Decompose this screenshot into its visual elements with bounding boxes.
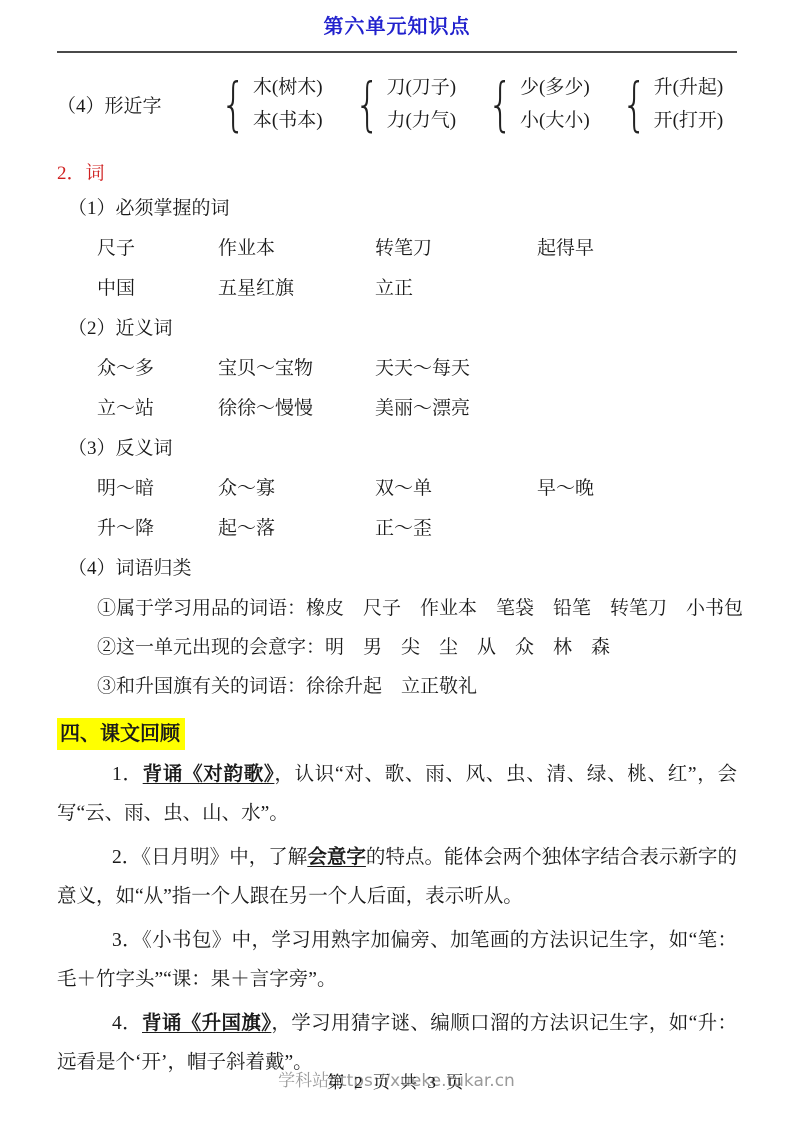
review-paragraph-1: 1．背诵《对韵歌》，认识“对、歌、雨、风、虫、清、绿、桃、红”，会写“云、雨、虫… <box>57 755 737 833</box>
left-brace-glyph: { <box>354 75 380 133</box>
paragraph-bold-underline: 背诵《对韵歌》 <box>143 764 275 785</box>
paragraph-text: 1． <box>112 764 143 785</box>
word-pair: 天天～每天 <box>375 349 537 389</box>
paragraph-bold-underline: 背诵《升国旗》 <box>142 1013 271 1034</box>
paragraph-text: 3．《小书包》中，学习用熟字加偏旁、加笔画的方法识记生字，如“笔：毛＋竹字头”“… <box>57 930 737 990</box>
xingjinzi-group-1: { 木(树木) 本(书本) <box>215 71 323 137</box>
word-item: 中国 <box>97 269 218 309</box>
synonyms-row-2: 立～站 徐徐～慢慢 美丽～漂亮 <box>57 389 737 429</box>
synonyms-row-1: 众～多 宝贝～宝物 天天～每天 <box>57 349 737 389</box>
paragraph-text: 2．《日月明》中，了解 <box>112 847 307 868</box>
word-item: 作业本 <box>218 229 375 269</box>
section-xingjinzi: （4）形近字 { 木(树木) 本(书本) { 刀(刀子) 力(力气) <box>57 63 737 145</box>
word-pair: 升～降 <box>97 509 218 549</box>
antonyms-label: （3）反义词 <box>68 429 737 469</box>
review-paragraph-2: 2．《日月明》中，了解会意字的特点。能体会两个独体字结合表示新字的意义，如“从”… <box>57 838 737 916</box>
word-item: 起得早 <box>537 229 737 269</box>
word-pair <box>537 509 737 549</box>
must-know-label: （1）必须掌握的词 <box>68 189 737 229</box>
left-brace-glyph: { <box>488 75 514 133</box>
document-content: 第六单元知识点 （4）形近字 { 木(树木) 本(书本) { 刀(刀子) 力(力… <box>57 0 737 1082</box>
xingjinzi-pair-top: 刀(刀子) <box>386 71 456 104</box>
word-item: 尺子 <box>97 229 218 269</box>
word-pair <box>537 389 737 429</box>
page-title: 第六单元知识点 <box>57 0 737 41</box>
xingjinzi-pair-bottom: 力(力气) <box>386 104 456 137</box>
word-pair: 立～站 <box>97 389 218 429</box>
xingjinzi-pair-top: 少(多少) <box>520 71 590 104</box>
xingjinzi-pair-top: 升(升起) <box>654 71 724 104</box>
antonyms-row-2: 升～降 起～落 正～歪 <box>57 509 737 549</box>
xingjinzi-group-4: { 升(升起) 开(打开) <box>616 71 724 137</box>
xingjinzi-label: （4）形近字 <box>57 91 215 118</box>
word-pair: 众～寡 <box>218 469 375 509</box>
category-item-3: ③和升国旗有关的词语：徐徐升起 立正敬礼 <box>57 667 737 706</box>
word-pair: 明～暗 <box>97 469 218 509</box>
xingjinzi-group-3: { 少(多少) 小(大小) <box>482 71 590 137</box>
paragraph-text: 4． <box>112 1013 142 1034</box>
category-item-2: ②这一单元出现的会意字：明 男 尖 尘 从 众 林 森 <box>57 628 737 667</box>
xingjinzi-pair-bottom: 小(大小) <box>520 104 590 137</box>
left-brace-glyph: { <box>221 75 247 133</box>
word-item: 五星红旗 <box>218 269 375 309</box>
page-footer: 学科站https://xueke.tukar.cn 第 2 页 共 3 页 <box>0 1060 793 1100</box>
document-page: 第六单元知识点 （4）形近字 { 木(树木) 本(书本) { 刀(刀子) 力(力… <box>0 0 793 1122</box>
word-item: 转笔刀 <box>375 229 537 269</box>
left-brace-glyph: { <box>621 75 647 133</box>
word-pair: 众～多 <box>97 349 218 389</box>
title-divider <box>57 51 737 53</box>
xingjinzi-pair-bottom: 本(书本) <box>253 104 323 137</box>
word-pair: 正～歪 <box>375 509 537 549</box>
review-section-heading: 四、课文回顾 <box>57 718 185 750</box>
xingjinzi-pair-top: 木(树木) <box>253 71 323 104</box>
antonyms-row-1: 明～暗 众～寡 双～单 早～晚 <box>57 469 737 509</box>
must-know-row-2: 中国 五星红旗 立正 <box>57 269 737 309</box>
word-pair: 早～晚 <box>537 469 737 509</box>
word-pair: 宝贝～宝物 <box>218 349 375 389</box>
word-pair <box>537 349 737 389</box>
word-pair: 双～单 <box>375 469 537 509</box>
word-section-heading: 2．词 <box>57 159 737 189</box>
word-pair: 起～落 <box>218 509 375 549</box>
page-number: 第 2 页 共 3 页 <box>0 1068 793 1093</box>
categories-label: （4）词语归类 <box>68 549 737 589</box>
word-pair: 美丽～漂亮 <box>375 389 537 429</box>
paragraph-bold-underline: 会意字 <box>307 847 366 868</box>
category-item-1: ①属于学习用品的词语：橡皮 尺子 作业本 笔袋 铅笔 转笔刀 小书包 <box>57 589 737 628</box>
word-item: 立正 <box>375 269 537 309</box>
review-paragraph-3: 3．《小书包》中，学习用熟字加偏旁、加笔画的方法识记生字，如“笔：毛＋竹字头”“… <box>57 921 737 999</box>
xingjinzi-groups: { 木(树木) 本(书本) { 刀(刀子) 力(力气) { <box>215 71 723 137</box>
synonyms-label: （2）近义词 <box>68 309 737 349</box>
word-item <box>537 269 737 309</box>
word-pair: 徐徐～慢慢 <box>218 389 375 429</box>
xingjinzi-group-2: { 刀(刀子) 力(力气) <box>349 71 457 137</box>
must-know-row-1: 尺子 作业本 转笔刀 起得早 <box>57 229 737 269</box>
xingjinzi-pair-bottom: 开(打开) <box>654 104 724 137</box>
